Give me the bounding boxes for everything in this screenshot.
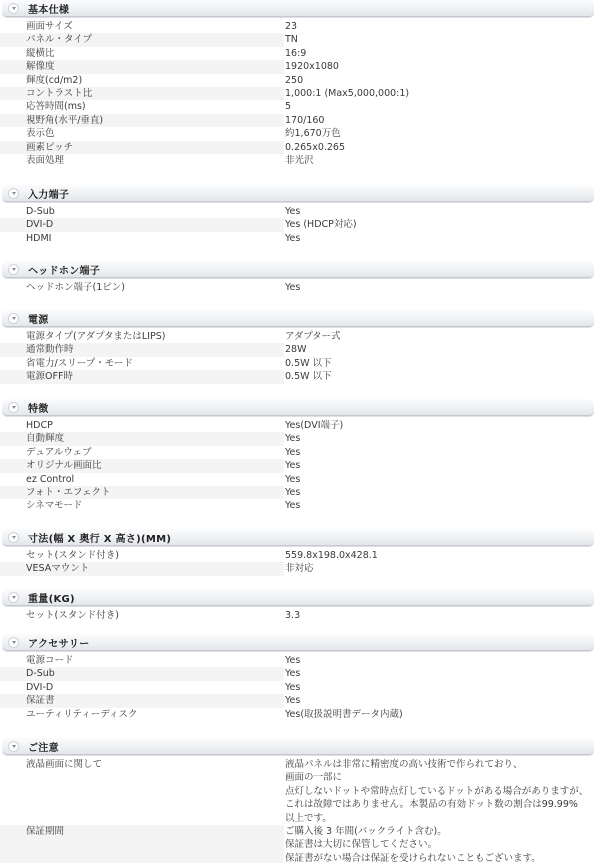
chevron-down-circle-icon[interactable] xyxy=(8,637,19,648)
spec-row: 通常動作時28W xyxy=(0,343,596,356)
spec-label: 縦横比 xyxy=(0,47,284,60)
chevron-down-circle-icon[interactable] xyxy=(8,402,19,413)
spec-row: 応答時間(ms)5 xyxy=(0,100,596,113)
spec-value: Yes xyxy=(284,667,596,680)
spec-label: D-Sub xyxy=(0,667,284,680)
spec-row: DVI-DYes xyxy=(0,681,596,694)
spec-label: オリジナル画面比 xyxy=(0,459,284,472)
chevron-down-circle-icon[interactable] xyxy=(8,313,19,324)
section-title: 基本仕様 xyxy=(28,1,69,16)
section-header-dimensions[interactable]: 寸法(幅 X 奥行 X 高さ)(MM) xyxy=(2,529,594,546)
spec-label: セット(スタンド付き) xyxy=(0,609,284,622)
spec-label: D-Sub xyxy=(0,205,284,218)
spec-label: DVI-D xyxy=(0,218,284,231)
spec-row: デュアルウェブYes xyxy=(0,446,596,459)
spec-label: 応答時間(ms) xyxy=(0,100,284,113)
section-dimensions: 寸法(幅 X 奥行 X 高さ)(MM) セット(スタンド付き)559.8x198… xyxy=(0,529,596,576)
spec-label: 解像度 xyxy=(0,60,284,73)
section-title: アクセサリー xyxy=(28,635,90,650)
spec-row: セット(スタンド付き)3.3 xyxy=(0,609,596,622)
section-weight: 重量(KG) セット(スタンド付き)3.3 xyxy=(0,589,596,622)
spec-row: 輝度(cd/m2)250 xyxy=(0,74,596,87)
spec-row: DVI-DYes (HDCP対応) xyxy=(0,218,596,231)
spec-row: セット(スタンド付き)559.8x198.0x428.1 xyxy=(0,549,596,562)
spec-row: 縦横比16:9 xyxy=(0,47,596,60)
spec-table: 電源タイプ(アダプタまたはLIPS)アダプター式 通常動作時28W 省電力/スリ… xyxy=(0,330,596,384)
spec-value: Yes xyxy=(284,446,596,459)
section-basic-specs: 基本仕様 画面サイズ23 パネル・タイプTN 縦横比16:9 解像度1920x1… xyxy=(0,0,596,167)
spec-label: 保証書 xyxy=(0,694,284,707)
spec-label: セット(スタンド付き) xyxy=(0,549,284,562)
spec-value: Yes xyxy=(284,459,596,472)
spec-row: 保証期間ご購入後 3 年間(バックライト含む)。 保証書は大切に保管してください… xyxy=(0,825,596,863)
spec-table: 液晶画面に関して液晶パネルは非常に精密度の高い技術で作られており、 画面の一部に… xyxy=(0,758,596,863)
spec-value: 16:9 xyxy=(284,47,596,60)
spec-label: 表面処理 xyxy=(0,154,284,167)
spec-row: D-SubYes xyxy=(0,205,596,218)
chevron-down-circle-icon[interactable] xyxy=(8,264,19,275)
spec-row: 自動輝度Yes xyxy=(0,432,596,445)
spec-row: フォト・エフェクトYes xyxy=(0,486,596,499)
section-header-headphone-port[interactable]: ヘッドホン端子 xyxy=(2,261,594,278)
spec-value: ご購入後 3 年間(バックライト含む)。 保証書は大切に保管してください。 保証… xyxy=(284,825,596,863)
spec-label: 画面サイズ xyxy=(0,20,284,33)
spec-value: Yes (HDCP対応) xyxy=(284,218,596,231)
section-power: 電源 電源タイプ(アダプタまたはLIPS)アダプター式 通常動作時28W 省電力… xyxy=(0,310,596,384)
spec-value: Yes xyxy=(284,432,596,445)
spec-row: 電源タイプ(アダプタまたはLIPS)アダプター式 xyxy=(0,330,596,343)
spec-value: 約1,670万色 xyxy=(284,127,596,140)
spec-table: D-SubYes DVI-DYes (HDCP対応) HDMIYes xyxy=(0,205,596,245)
spec-row: VESAマウント非対応 xyxy=(0,562,596,575)
spec-label: 電源OFF時 xyxy=(0,370,284,383)
spec-row: HDCPYes(DVI端子) xyxy=(0,419,596,432)
chevron-down-circle-icon[interactable] xyxy=(8,592,19,603)
section-header-features[interactable]: 特徴 xyxy=(2,399,594,416)
spec-row: 画面サイズ23 xyxy=(0,20,596,33)
section-title: 重量(KG) xyxy=(28,590,75,605)
spec-row: シネマモードYes xyxy=(0,499,596,512)
spec-label: 液晶画面に関して xyxy=(0,758,284,825)
spec-row: ユーティリティーディスクYes(取扱説明書データ内蔵) xyxy=(0,708,596,721)
section-title: 寸法(幅 X 奥行 X 高さ)(MM) xyxy=(28,530,171,545)
spec-row: ez ControlYes xyxy=(0,473,596,486)
spec-row: 液晶画面に関して液晶パネルは非常に精密度の高い技術で作られており、 画面の一部に… xyxy=(0,758,596,825)
spec-row: 省電力/スリープ・モード0.5W 以下 xyxy=(0,357,596,370)
spec-value: TN xyxy=(284,33,596,46)
section-features: 特徴 HDCPYes(DVI端子) 自動輝度Yes デュアルウェブYes オリジ… xyxy=(0,399,596,513)
spec-label: VESAマウント xyxy=(0,562,284,575)
section-header-notes[interactable]: ご注意 xyxy=(2,738,594,755)
section-title: ご注意 xyxy=(28,739,59,754)
spec-label: 表示色 xyxy=(0,127,284,140)
section-header-weight[interactable]: 重量(KG) xyxy=(2,589,594,606)
spec-row: オリジナル画面比Yes xyxy=(0,459,596,472)
spec-value: 液晶パネルは非常に精密度の高い技術で作られており、 画面の一部に 点灯しないドッ… xyxy=(284,758,596,825)
spec-value: Yes xyxy=(284,694,596,707)
spec-value: 559.8x198.0x428.1 xyxy=(284,549,596,562)
spec-value: 5 xyxy=(284,100,596,113)
spec-label: パネル・タイプ xyxy=(0,33,284,46)
section-input-ports: 入力端子 D-SubYes DVI-DYes (HDCP対応) HDMIYes xyxy=(0,185,596,245)
spec-table: セット(スタンド付き)3.3 xyxy=(0,609,596,622)
spec-value: Yes xyxy=(284,681,596,694)
section-headphone-port: ヘッドホン端子 ヘッドホン端子(1ピン)Yes xyxy=(0,261,596,294)
spec-label: DVI-D xyxy=(0,681,284,694)
section-title: 特徴 xyxy=(28,400,49,415)
spec-value: 23 xyxy=(284,20,596,33)
spec-value: 非対応 xyxy=(284,562,596,575)
spec-value: Yes xyxy=(284,499,596,512)
spec-value: アダプター式 xyxy=(284,330,596,343)
spec-value: Yes(取扱説明書データ内蔵) xyxy=(284,708,596,721)
spec-value: Yes xyxy=(284,281,596,294)
spec-value: Yes xyxy=(284,205,596,218)
section-accessories: アクセサリー 電源コードYes D-SubYes DVI-DYes 保証書Yes… xyxy=(0,634,596,721)
spec-label: シネマモード xyxy=(0,499,284,512)
spec-value: 0.5W 以下 xyxy=(284,370,596,383)
section-notes: ご注意 液晶画面に関して液晶パネルは非常に精密度の高い技術で作られており、 画面… xyxy=(0,738,596,863)
spec-value: 1920x1080 xyxy=(284,60,596,73)
spec-row: 電源OFF時0.5W 以下 xyxy=(0,370,596,383)
spec-row: 表面処理非光沢 xyxy=(0,154,596,167)
spec-value: 3.3 xyxy=(284,609,596,622)
spec-label: 電源タイプ(アダプタまたはLIPS) xyxy=(0,330,284,343)
spec-row: HDMIYes xyxy=(0,232,596,245)
spec-row: 表示色約1,670万色 xyxy=(0,127,596,140)
spec-label: ヘッドホン端子(1ピン) xyxy=(0,281,284,294)
spec-row: 視野角(水平/垂直)170/160 xyxy=(0,114,596,127)
spec-label: 省電力/スリープ・モード xyxy=(0,357,284,370)
section-title: 電源 xyxy=(28,311,49,326)
spec-label: 視野角(水平/垂直) xyxy=(0,114,284,127)
spec-label: ez Control xyxy=(0,473,284,486)
spec-row: 保証書Yes xyxy=(0,694,596,707)
spec-label: ユーティリティーディスク xyxy=(0,708,284,721)
spec-row: 画素ピッチ0.265x0.265 xyxy=(0,141,596,154)
spec-value: 非光沢 xyxy=(284,154,596,167)
spec-value: Yes(DVI端子) xyxy=(284,419,596,432)
spec-label: 画素ピッチ xyxy=(0,141,284,154)
section-title: 入力端子 xyxy=(28,186,69,201)
spec-row: ヘッドホン端子(1ピン)Yes xyxy=(0,281,596,294)
chevron-down-circle-icon[interactable] xyxy=(8,741,19,752)
spec-value: 0.5W 以下 xyxy=(284,357,596,370)
spec-label: フォト・エフェクト xyxy=(0,486,284,499)
spec-value: 170/160 xyxy=(284,114,596,127)
spec-table: セット(スタンド付き)559.8x198.0x428.1 VESAマウント非対応 xyxy=(0,549,596,576)
spec-label: HDMI xyxy=(0,232,284,245)
spec-row: 解像度1920x1080 xyxy=(0,60,596,73)
section-title: ヘッドホン端子 xyxy=(28,262,100,277)
spec-value: 28W xyxy=(284,343,596,356)
section-header-accessories[interactable]: アクセサリー xyxy=(2,634,594,651)
spec-value: 250 xyxy=(284,74,596,87)
spec-row: コントラスト比1,000:1 (Max5,000,000:1) xyxy=(0,87,596,100)
chevron-down-circle-icon[interactable] xyxy=(8,532,19,543)
spec-row: 電源コードYes xyxy=(0,654,596,667)
chevron-down-circle-icon[interactable] xyxy=(8,3,19,14)
chevron-down-circle-icon[interactable] xyxy=(8,188,19,199)
spec-value: Yes xyxy=(284,473,596,486)
spec-label: 電源コード xyxy=(0,654,284,667)
spec-table: HDCPYes(DVI端子) 自動輝度Yes デュアルウェブYes オリジナル画… xyxy=(0,419,596,513)
spec-table: 画面サイズ23 パネル・タイプTN 縦横比16:9 解像度1920x1080 輝… xyxy=(0,20,596,167)
spec-value: Yes xyxy=(284,654,596,667)
spec-label: HDCP xyxy=(0,419,284,432)
section-header-input-ports[interactable]: 入力端子 xyxy=(2,185,594,202)
spec-value: 1,000:1 (Max5,000,000:1) xyxy=(284,87,596,100)
spec-row: D-SubYes xyxy=(0,667,596,680)
spec-label: 保証期間 xyxy=(0,825,284,863)
spec-row: パネル・タイプTN xyxy=(0,33,596,46)
spec-value: Yes xyxy=(284,486,596,499)
spec-label: 輝度(cd/m2) xyxy=(0,74,284,87)
spec-label: デュアルウェブ xyxy=(0,446,284,459)
spec-label: 自動輝度 xyxy=(0,432,284,445)
section-header-basic-specs[interactable]: 基本仕様 xyxy=(2,0,594,17)
spec-value: 0.265x0.265 xyxy=(284,141,596,154)
spec-label: コントラスト比 xyxy=(0,87,284,100)
section-header-power[interactable]: 電源 xyxy=(2,310,594,327)
spec-value: Yes xyxy=(284,232,596,245)
spec-table: ヘッドホン端子(1ピン)Yes xyxy=(0,281,596,294)
spec-label: 通常動作時 xyxy=(0,343,284,356)
spec-table: 電源コードYes D-SubYes DVI-DYes 保証書Yes ユーティリテ… xyxy=(0,654,596,721)
